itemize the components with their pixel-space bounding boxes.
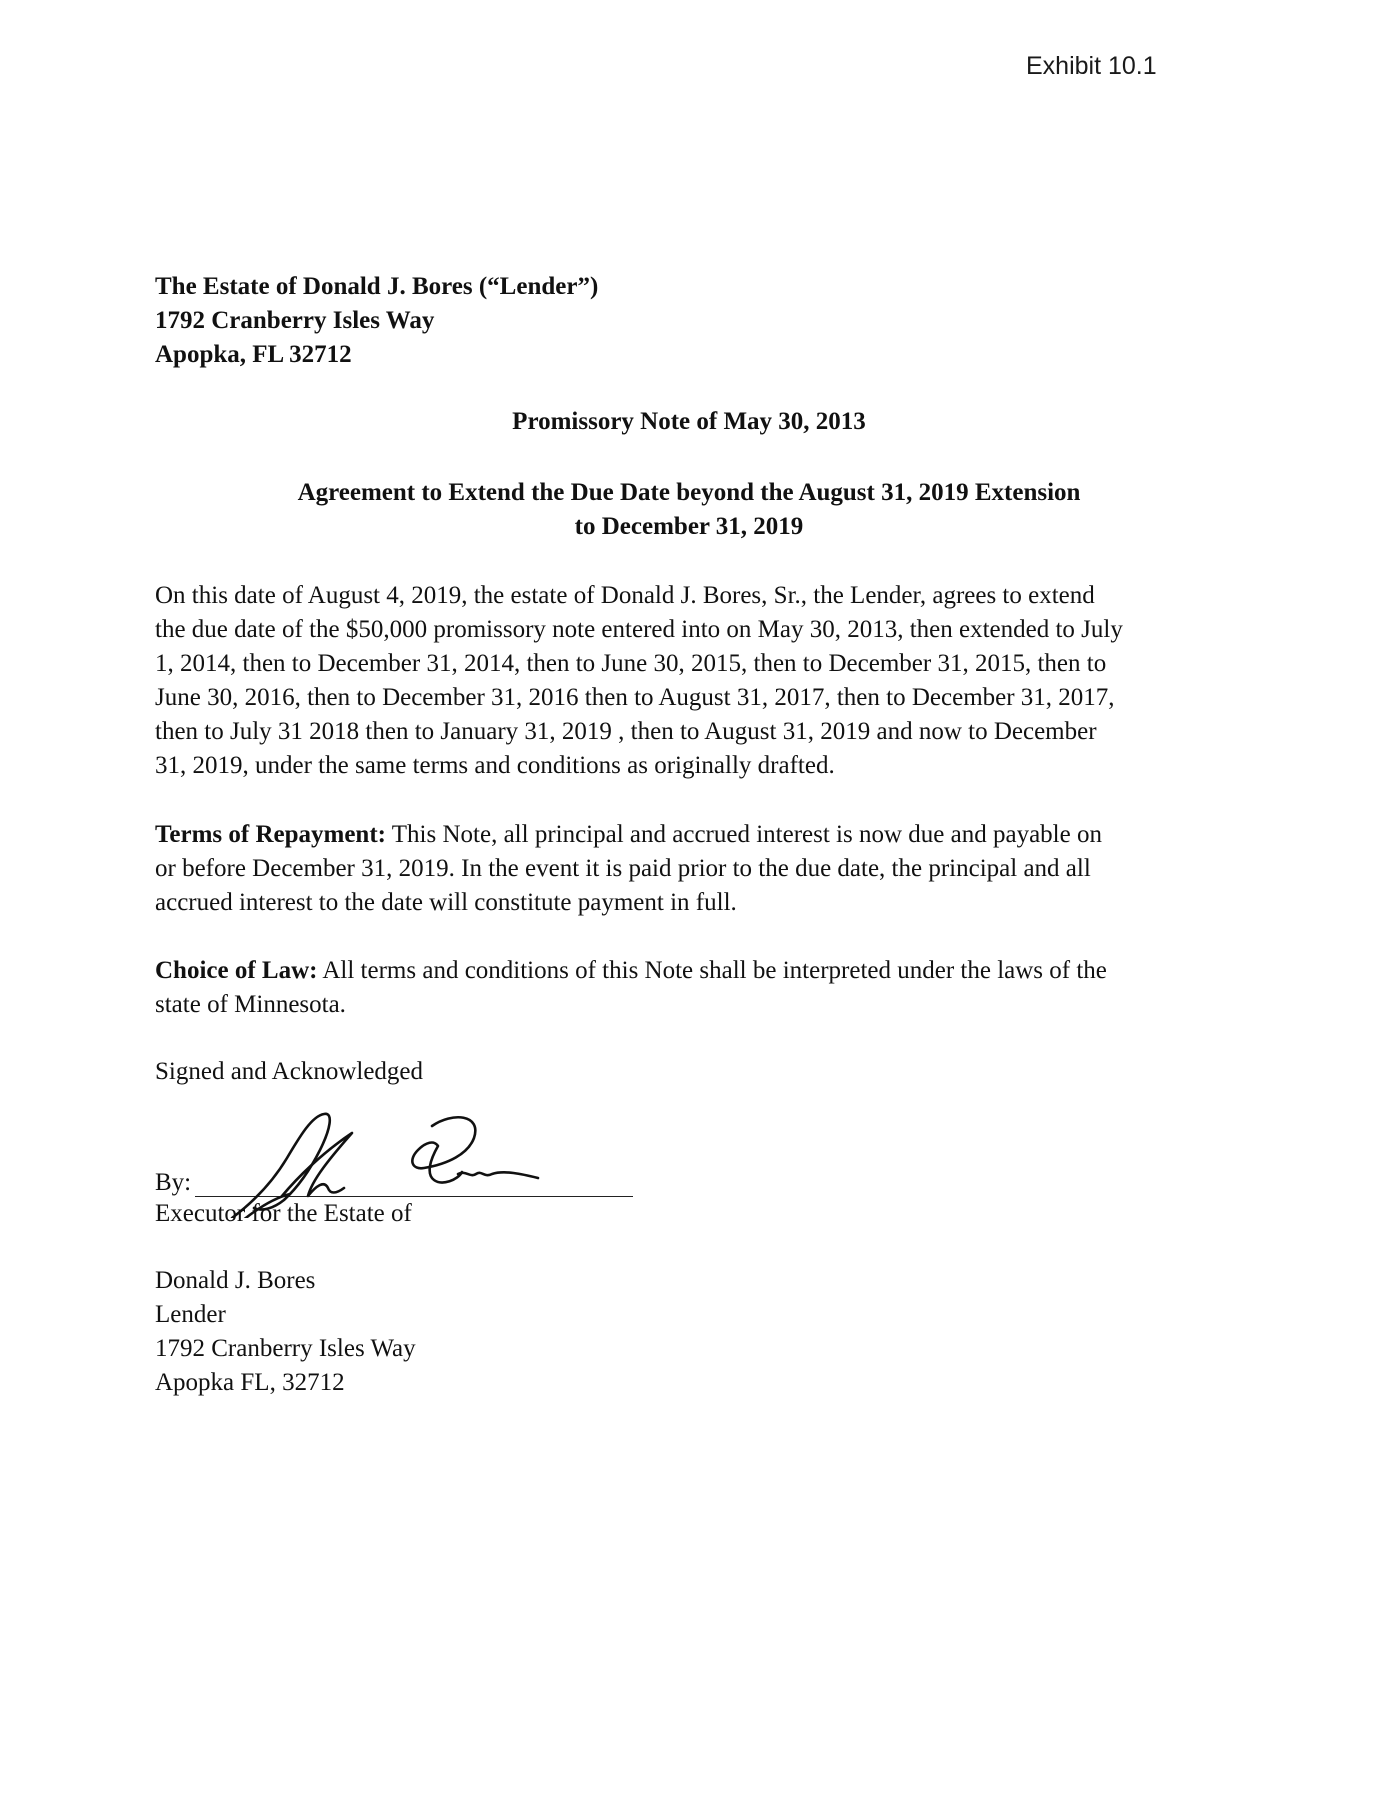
lender-city: Apopka FL, 32712 bbox=[155, 1366, 416, 1400]
lender-name: Donald J. Bores bbox=[155, 1264, 416, 1298]
signed-acknowledged-label: Signed and Acknowledged bbox=[155, 1058, 423, 1086]
lender-header-address: The Estate of Donald J. Bores (“Lender”)… bbox=[155, 270, 598, 372]
document-subtitle: Agreement to Extend the Due Date beyond … bbox=[0, 476, 1378, 544]
exhibit-label: Exhibit 10.1 bbox=[1026, 52, 1157, 81]
address-line-3: Apopka, FL 32712 bbox=[155, 338, 598, 372]
paragraph-line: 31, 2019, under the same terms and condi… bbox=[155, 749, 1225, 783]
repayment-text: This Note, all principal and accrued int… bbox=[386, 821, 1102, 848]
by-label: By: bbox=[155, 1169, 191, 1197]
lender-role: Lender bbox=[155, 1298, 416, 1332]
repayment-heading: Terms of Repayment: bbox=[155, 821, 386, 848]
paragraph-line: or before December 31, 2019. In the even… bbox=[155, 852, 1225, 886]
paragraph-line: then to July 31 2018 then to January 31,… bbox=[155, 715, 1225, 749]
extension-paragraph: On this date of August 4, 2019, the esta… bbox=[155, 579, 1225, 783]
subtitle-line-1: Agreement to Extend the Due Date beyond … bbox=[0, 476, 1378, 510]
paragraph-line: Choice of Law: All terms and conditions … bbox=[155, 954, 1225, 988]
document-page: Exhibit 10.1 The Estate of Donald J. Bor… bbox=[0, 0, 1378, 1813]
address-line-1: The Estate of Donald J. Bores (“Lender”) bbox=[155, 270, 598, 304]
choice-of-law-text: All terms and conditions of this Note sh… bbox=[317, 957, 1106, 984]
paragraph-line: the due date of the $50,000 promissory n… bbox=[155, 613, 1225, 647]
choice-of-law-paragraph: Choice of Law: All terms and conditions … bbox=[155, 954, 1225, 1022]
document-title: Promissory Note of May 30, 2013 bbox=[0, 408, 1378, 436]
lender-street: 1792 Cranberry Isles Way bbox=[155, 1332, 416, 1366]
choice-of-law-heading: Choice of Law: bbox=[155, 957, 317, 984]
paragraph-line: accrued interest to the date will consti… bbox=[155, 886, 1225, 920]
paragraph-line: state of Minnesota. bbox=[155, 988, 1225, 1022]
signature-area: By: Executor for the Estate of bbox=[152, 1108, 642, 1228]
paragraph-line: On this date of August 4, 2019, the esta… bbox=[155, 579, 1225, 613]
paragraph-line: June 30, 2016, then to December 31, 2016… bbox=[155, 681, 1225, 715]
lender-signature-address: Donald J. Bores Lender 1792 Cranberry Is… bbox=[155, 1264, 416, 1400]
executor-label: Executor for the Estate of bbox=[155, 1200, 412, 1228]
repayment-paragraph: Terms of Repayment: This Note, all princ… bbox=[155, 818, 1225, 920]
paragraph-line: 1, 2014, then to December 31, 2014, then… bbox=[155, 647, 1225, 681]
address-line-2: 1792 Cranberry Isles Way bbox=[155, 304, 598, 338]
subtitle-line-2: to December 31, 2019 bbox=[0, 510, 1378, 544]
paragraph-line: Terms of Repayment: This Note, all princ… bbox=[155, 818, 1225, 852]
